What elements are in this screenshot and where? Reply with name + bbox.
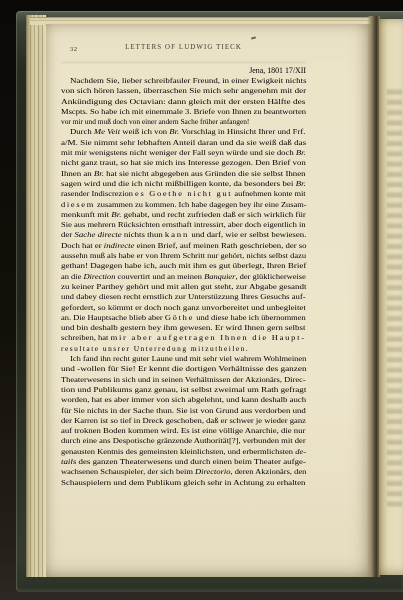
letter-line: diesem zusammen zu kommen. Ich habe dage…	[61, 200, 306, 210]
letter-line: Durch Me Veit weiß ich von Br. Vorschlag…	[61, 127, 306, 137]
letter-line: und -wollen für Sie! Er kennt die dortig…	[61, 364, 306, 374]
letter-line: Schauspielern und dem Publikum gleich se…	[61, 478, 306, 488]
running-head-row: 32 LETTERS OF LUDWIG TIECK	[61, 44, 306, 57]
letter-line: an. Die Hauptsache blieb aber Göthe und …	[61, 313, 306, 323]
letter-line: Nachdem Sie, lieber schreibfauler Freund…	[61, 76, 306, 86]
letter-line: an die Direction couvertirt und an meine…	[61, 272, 306, 282]
page-edges-left	[26, 15, 46, 577]
letter-line: Mscpts. So habe ich mit einemmale 3. Bri…	[61, 107, 306, 117]
letter-line: tails des ganzen Theaterwesens und durch…	[61, 457, 306, 467]
book-photo: 32 LETTERS OF LUDWIG TIECK Jena, 1801 17…	[0, 0, 403, 600]
running-head: LETTERS OF LUDWIG TIECK	[61, 44, 306, 51]
letter-line: rasender Indiscrezion es Goethe nicht gu…	[61, 189, 306, 199]
facing-page-bleed-text	[387, 88, 402, 508]
letter-line: zu keiner Parthey gehört und mit allen g…	[61, 282, 306, 292]
letter-line: genausten Kentnis des gemeinsten kleinli…	[61, 447, 306, 457]
letter-line: der Sache directe nichts thun kann und d…	[61, 230, 306, 240]
page-number: 32	[70, 46, 77, 53]
letter-line: sagen wird und die ich nicht mißbilligen…	[61, 179, 306, 189]
letter-line: mit mir wenigstens nicht weniger der Fal…	[61, 148, 306, 158]
letter-line: gethan! Dagegen habe ich, auch mit ihm e…	[61, 261, 306, 271]
letter-line: durch eine ans Despotische gränzende Aut…	[61, 436, 306, 446]
paper-speck	[251, 36, 256, 39]
letter-line: der Karren ist so tief in Dreck geschobe…	[61, 416, 306, 426]
letter-line: a/M. Sie nimmt sehr lebhaften Anteil dar…	[61, 138, 306, 148]
letter-line: nicht ganz traut, so hat sie mich ins In…	[61, 158, 306, 168]
letter-line: Ihnen an Br. hat sie nicht abgegeben aus…	[61, 169, 306, 179]
letter-body: Nachdem Sie, lieber schreibfauler Freund…	[61, 76, 306, 488]
letter-line: für Sie nichts in der Sache thun. Sie is…	[61, 406, 306, 416]
letter-line: Ankündigung des Octavian: dann gleich mi…	[61, 97, 306, 107]
letter-line: gefordert, so kömmt er doch noch ganz un…	[61, 303, 306, 313]
letter-line: wachsenen Schauspieler, der sich beim Di…	[61, 467, 306, 477]
facing-page-sliver	[379, 19, 403, 575]
letter-line: aussehn muß als habe er von Ihrem Schrit…	[61, 251, 306, 261]
page-text-block: 32 LETTERS OF LUDWIG TIECK	[61, 44, 306, 57]
letter-line: menkunft mit Br. gehabt, und recht zufri…	[61, 210, 306, 220]
letter-line: worden, hat es aber immer von sich abgel…	[61, 395, 306, 405]
show-through-rule	[61, 62, 306, 63]
letter-dateline: Jena, 1801 17/XII	[61, 66, 306, 75]
letter-line: resultate unsrer Unterredung mitzutheile…	[61, 344, 306, 354]
letter-line: Theaterwesens in sich und in seinen Verh…	[61, 375, 306, 385]
letter-line: Sie aus mehrern Rücksichten ernsthaft in…	[61, 220, 306, 230]
letter-line: auf troknen Boden kommen wird. Es ist ei…	[61, 426, 306, 436]
letter-line: und dabey diesen recht ernstlich zur Unt…	[61, 292, 306, 302]
letter-line: Doch hat er indirecte einen Brief, auf m…	[61, 241, 306, 251]
letter-line: von sich hören lassen, überraschen Sie m…	[61, 86, 306, 96]
letter-line: schreiben, hat mir aber aufgetragen Ihne…	[61, 333, 306, 343]
letter-line: Ich fand ihn recht guter Laune und mit s…	[61, 354, 306, 364]
letter-line: und bin deshalb gestern bey ihm gewesen.…	[61, 323, 306, 333]
letter-line: tion und Publikums ganz genau, ist selbs…	[61, 385, 306, 395]
letter-line: vor mir und muß doch von einer andern Sa…	[61, 117, 306, 127]
